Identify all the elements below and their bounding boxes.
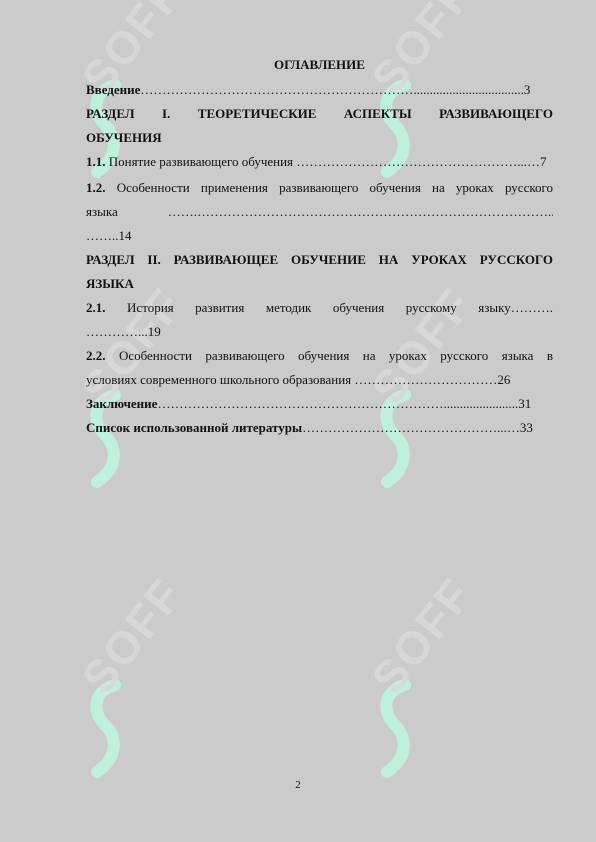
toc-entry-references[interactable]: Список использованной литературы……………………… (86, 420, 553, 436)
toc-label: Заключение (86, 396, 157, 411)
toc-page: 14 (119, 228, 132, 243)
toc-number: 1.1. (86, 154, 106, 169)
toc-entry-2-2[interactable]: 2.2. Особенности развивающего обучения н… (86, 348, 553, 364)
toc-entry-2-2-cont: условиях современного школьного образова… (86, 372, 553, 388)
toc-page: 31 (518, 396, 531, 411)
toc-leader-dots: …………………………… (351, 372, 497, 387)
watermark-text: SOFF (360, 278, 483, 414)
toc-label: языка (86, 204, 118, 219)
toc-entry-conclusion[interactable]: Заключение…………………………………………………………........… (86, 396, 553, 412)
toc-page: 19 (148, 324, 161, 339)
toc-label: Особенности развивающего обучения на уро… (119, 348, 553, 363)
toc-page: 3 (524, 82, 531, 97)
watermark-logo-icon (375, 680, 425, 780)
toc-leader-dots: ……………………………………………...… (293, 154, 540, 169)
toc-entry-2-1-page: …………...19 (86, 324, 553, 340)
toc-number: 2.1. (86, 300, 106, 315)
toc-label: Список использованной литературы (86, 420, 302, 435)
watermark: SOFF (75, 620, 245, 790)
watermark-text: SOFF (70, 568, 193, 704)
page-title: ОГЛАВЛЕНИЕ (86, 57, 553, 73)
toc-leader-dots: …………………………………………………………..................… (157, 396, 518, 411)
toc-page: 33 (520, 420, 533, 435)
toc-label: Введение (86, 82, 140, 97)
toc-entry-1-2[interactable]: 1.2. Особенности применения развивающего… (86, 180, 553, 196)
toc-entry-intro[interactable]: Введение………………………………………………………...........… (86, 82, 553, 98)
toc-label: условиях современного школьного образова… (86, 372, 351, 387)
toc-entry-1-1[interactable]: 1.1. Понятие развивающего обучения ……………… (86, 154, 553, 170)
toc-section-heading[interactable]: РАЗДЕЛ I. ТЕОРЕТИЧЕСКИЕ АСПЕКТЫ РАЗВИВАЮ… (86, 106, 553, 122)
toc-leader-dots: ………………………………………………………...................… (140, 82, 524, 97)
toc-section-heading-cont: ЯЗЫКА (86, 276, 553, 292)
toc-label: История развития методик обучения русско… (127, 300, 553, 315)
watermark: SOFF (365, 620, 535, 790)
toc-leader-dots: …….……………………………………………………………………….. (168, 204, 553, 219)
watermark-text: SOFF (70, 278, 193, 414)
toc-entry-2-1[interactable]: 2.1. История развития методик обучения р… (86, 300, 553, 316)
watermark-logo-icon (85, 680, 135, 780)
toc-leader-dots: …………... (86, 324, 148, 339)
toc-section-heading[interactable]: РАЗДЕЛ II. РАЗВИВАЮЩЕЕ ОБУЧЕНИЕ НА УРОКА… (86, 252, 553, 268)
toc-leader-dots: …….. (86, 228, 119, 243)
toc-page: 26 (497, 372, 510, 387)
toc-entry-1-2-cont: языка…….……………………………………………………………………….. (86, 204, 553, 220)
page-number: 2 (0, 779, 596, 791)
toc-section-heading-cont: ОБУЧЕНИЯ (86, 130, 553, 146)
toc-page: 7 (540, 154, 547, 169)
watermark-text: SOFF (360, 568, 483, 704)
toc-label: Особенности применения развивающего обуч… (117, 180, 553, 195)
toc-number: 2.2. (86, 348, 106, 363)
toc-entry-1-2-page: ……..14 (86, 228, 553, 244)
toc-number: 1.2. (86, 180, 106, 195)
toc-leader-dots: ………………………………………...… (302, 420, 520, 435)
toc-label: Понятие развивающего обучения (109, 154, 293, 169)
